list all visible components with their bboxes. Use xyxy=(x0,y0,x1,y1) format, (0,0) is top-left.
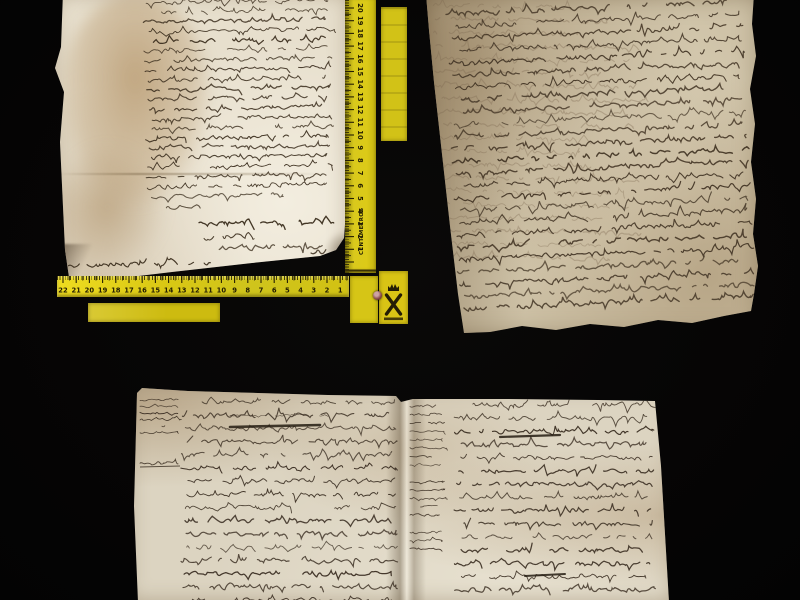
ruler-number: 13 xyxy=(356,92,364,102)
handwriting-line xyxy=(410,464,441,467)
scale-block-vertical xyxy=(381,7,407,141)
scale-block-horizontal xyxy=(88,303,220,322)
handwriting-line xyxy=(149,102,324,113)
handwriting-line xyxy=(410,481,444,484)
handwriting-line xyxy=(410,456,440,458)
handwriting-group xyxy=(63,0,349,270)
handwriting-line xyxy=(461,543,648,552)
handwriting-line xyxy=(410,548,448,551)
ruler-number: 10 xyxy=(356,130,364,140)
ruler-scale: 22212019181716151413121110987654321 xyxy=(57,276,349,297)
handwriting-line xyxy=(461,83,740,105)
ruler-number: 11 xyxy=(356,118,364,128)
handwriting-group xyxy=(140,397,658,600)
handwriting-line xyxy=(433,0,582,12)
ruler-number: 2 xyxy=(325,287,330,295)
handwriting-line xyxy=(146,0,328,8)
handwriting-letter xyxy=(52,0,350,292)
handwriting-line xyxy=(185,503,395,513)
handwriting-line xyxy=(410,531,441,534)
handwriting-line xyxy=(455,559,658,570)
handwriting-line xyxy=(148,73,325,85)
ruler-number: 22 xyxy=(58,287,68,295)
handwriting-line xyxy=(452,144,749,166)
handwriting-line xyxy=(464,289,754,315)
handwriting-line xyxy=(140,412,180,415)
ruler-number: 9 xyxy=(356,145,364,150)
handwriting-line xyxy=(181,554,398,566)
ruler-number: 3 xyxy=(311,287,316,295)
ruler-number: 12 xyxy=(356,105,364,115)
handwriting-line xyxy=(192,595,393,600)
handwriting-line xyxy=(204,232,254,240)
handwriting-line xyxy=(410,514,439,517)
handwriting-line xyxy=(460,267,754,291)
handwriting-line xyxy=(455,118,743,143)
scale-block-corner xyxy=(350,276,378,323)
ruler-number: 10 xyxy=(217,287,227,295)
handwriting-line xyxy=(410,405,439,408)
handwriting-line xyxy=(461,571,646,582)
ruler-number: 12 xyxy=(190,287,200,295)
ruler-number: 8 xyxy=(356,158,364,163)
handwriting-line xyxy=(140,459,178,465)
handwriting-line xyxy=(454,503,650,516)
manuscript-letter-top-left xyxy=(52,0,350,292)
handwriting-line xyxy=(454,411,647,426)
handwriting-line xyxy=(457,481,656,490)
handwriting-line xyxy=(182,448,392,461)
handwriting-line xyxy=(433,185,625,198)
emblem-caption xyxy=(384,318,403,321)
handwriting-line xyxy=(464,279,754,304)
ruler-number: 8 xyxy=(245,287,250,295)
handwriting-line xyxy=(185,515,391,526)
handwriting-line xyxy=(187,435,397,448)
handwriting-line xyxy=(420,505,447,507)
handwriting-line xyxy=(187,489,396,502)
handwriting-line xyxy=(140,399,178,401)
handwriting-line xyxy=(455,584,656,595)
ruler-number: 15 xyxy=(356,67,364,77)
handwriting-line xyxy=(151,192,283,202)
ruler-number: 5 xyxy=(285,287,290,295)
handwriting-line xyxy=(455,426,654,435)
ruler-number: 11 xyxy=(203,287,213,295)
handwriting-line xyxy=(410,431,445,435)
ruler-number: 7 xyxy=(259,287,264,295)
handwriting-line xyxy=(410,497,447,500)
handwriting-line xyxy=(186,530,397,540)
handwriting-top-right xyxy=(424,0,762,338)
handwriting-line xyxy=(410,413,442,415)
ruler-number: 18 xyxy=(111,287,121,295)
handwriting-line xyxy=(145,61,331,75)
margin-underline xyxy=(140,466,180,467)
handwriting-line xyxy=(202,397,394,404)
handwriting-line xyxy=(461,453,658,463)
strike-mark xyxy=(230,425,320,427)
handwriting-line xyxy=(145,53,332,65)
ruler-number: 1 xyxy=(338,287,343,295)
handwriting-line xyxy=(151,151,326,164)
handwriting-line xyxy=(473,397,657,413)
handwriting-line xyxy=(455,69,739,93)
handwriting-line xyxy=(462,533,652,540)
handwriting-line xyxy=(149,23,335,36)
manuscript-bifolium-bottom xyxy=(128,386,673,600)
ruler-number: 4 xyxy=(298,287,303,295)
handwriting-line xyxy=(144,43,331,54)
handwriting-line xyxy=(459,239,754,267)
handwriting-line xyxy=(461,437,646,449)
ruler-number: 16 xyxy=(137,287,147,295)
handwriting-line xyxy=(435,67,601,79)
handwriting-line xyxy=(219,243,322,255)
ruler-number: 20 xyxy=(356,3,364,13)
ruler-number: 14 xyxy=(356,79,364,89)
handwriting-line xyxy=(460,491,648,500)
ruler-number: 6 xyxy=(272,287,277,295)
handwriting-line xyxy=(68,257,219,270)
ruler-number: 7 xyxy=(356,171,364,176)
handwriting-line xyxy=(434,106,628,120)
round-sticker xyxy=(373,291,382,300)
horizontal-ruler-centimeters: 22212019181716151413121110987654321 xyxy=(57,276,349,297)
ruler-number: 16 xyxy=(356,54,364,64)
handwriting-line xyxy=(146,171,326,184)
handwriting-line xyxy=(184,571,391,580)
handwriting-line xyxy=(140,416,181,420)
ruler-number: 17 xyxy=(356,41,364,51)
ruler-number: 18 xyxy=(356,29,364,39)
handwriting-line xyxy=(149,141,329,152)
handwriting-line xyxy=(457,252,748,277)
handwriting-line xyxy=(410,489,445,491)
manuscript-page-top-right xyxy=(424,0,762,338)
ruler-number: 6 xyxy=(356,183,364,188)
emblem-square xyxy=(379,271,408,324)
handwriting-line xyxy=(311,249,348,254)
handwriting-line xyxy=(464,518,652,529)
handwriting-line xyxy=(140,404,178,408)
vertical-ruler-centimeters: 2019181716151413121110987654321 CENTIMET… xyxy=(345,0,376,273)
handwriting-line xyxy=(410,447,447,450)
handwriting-line xyxy=(143,13,325,24)
ruler-number: 14 xyxy=(164,287,174,295)
handwriting-line xyxy=(166,205,203,210)
ruler-number: 15 xyxy=(151,287,161,295)
handwriting-line xyxy=(188,476,395,488)
handwriting-line xyxy=(181,462,397,473)
handwriting-line xyxy=(410,439,442,442)
ruler-number: 19 xyxy=(98,287,108,295)
handwriting-line xyxy=(183,582,397,592)
handwriting-line xyxy=(199,216,334,231)
handwriting-line xyxy=(187,541,397,552)
handwriting-line xyxy=(410,537,442,543)
handwriting-line xyxy=(148,91,329,105)
handwriting-line xyxy=(454,104,746,131)
handwriting-line xyxy=(410,422,445,424)
ruler-number: 17 xyxy=(124,287,134,295)
handwriting-line xyxy=(459,465,656,477)
ruler-number: 21 xyxy=(71,287,81,295)
handwriting-bifolium xyxy=(128,386,673,600)
ruler-number: 19 xyxy=(356,16,364,26)
handwriting-line xyxy=(152,111,332,123)
strike-mark xyxy=(500,435,560,437)
handwriting-line xyxy=(443,213,611,225)
photo-scene: 2019181716151413121110987654321 CENTIMET… xyxy=(0,0,800,600)
handwriting-line xyxy=(147,82,331,97)
ruler-unit-label: CENTIMETROS xyxy=(359,196,369,266)
ruler-number: 13 xyxy=(177,287,187,295)
guardia-civil-crest-icon xyxy=(379,271,408,324)
ruler-number: 20 xyxy=(85,287,95,295)
ruler-number: 9 xyxy=(232,287,237,295)
handwriting-line xyxy=(140,431,179,433)
handwriting-line xyxy=(161,4,327,18)
handwriting-line xyxy=(162,426,174,427)
handwriting-line xyxy=(147,180,326,190)
